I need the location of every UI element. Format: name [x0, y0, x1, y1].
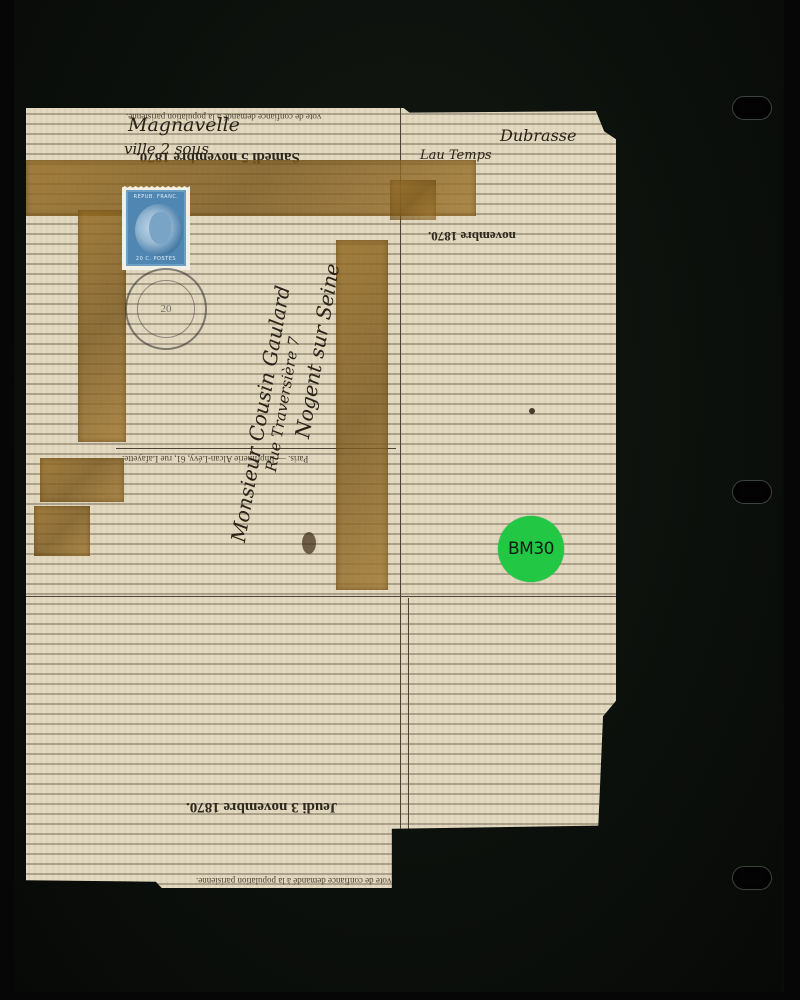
fold-line	[26, 596, 616, 597]
headline-bottom: Jeudi 3 novembre 1870.	[186, 798, 337, 815]
tape-center-vertical	[336, 240, 388, 590]
stamp-top-text: REPUB. FRANC.	[128, 194, 184, 200]
newspaper-bottom-line: vote de confiance demandé à la populatio…	[196, 876, 391, 886]
stamp-bottom-text: 20 C. POSTES	[128, 256, 184, 262]
ceres-head-icon	[135, 204, 183, 256]
tape-left-vertical	[78, 210, 126, 442]
handwriting-top-left-2: ville 2 sous	[124, 140, 209, 158]
tape-top-right	[390, 180, 436, 220]
handwriting-top-right: Dubrasse	[500, 126, 576, 145]
ink-dot	[529, 408, 535, 414]
tape-left-patch-2	[34, 506, 90, 556]
punch-hole-top	[732, 96, 772, 120]
handwriting-top-left: Magnavelle	[128, 114, 240, 136]
postmark-cancel: 20	[125, 268, 207, 350]
postage-stamp: REPUB. FRANC. 20 C. POSTES	[122, 186, 190, 270]
ink-blot	[302, 532, 316, 554]
column-rule-center	[400, 108, 401, 888]
postmark-date: 20	[137, 280, 195, 338]
tape-left-patch-1	[40, 458, 124, 502]
sticker-label: BM30	[508, 539, 554, 559]
punch-hole-bottom	[732, 866, 772, 890]
handwriting-top-right-2: Lau Temps	[420, 148, 492, 163]
punch-hole-middle	[732, 480, 772, 504]
inventory-sticker: BM30	[498, 516, 564, 582]
headline-right: novembre 1870.	[428, 228, 516, 244]
